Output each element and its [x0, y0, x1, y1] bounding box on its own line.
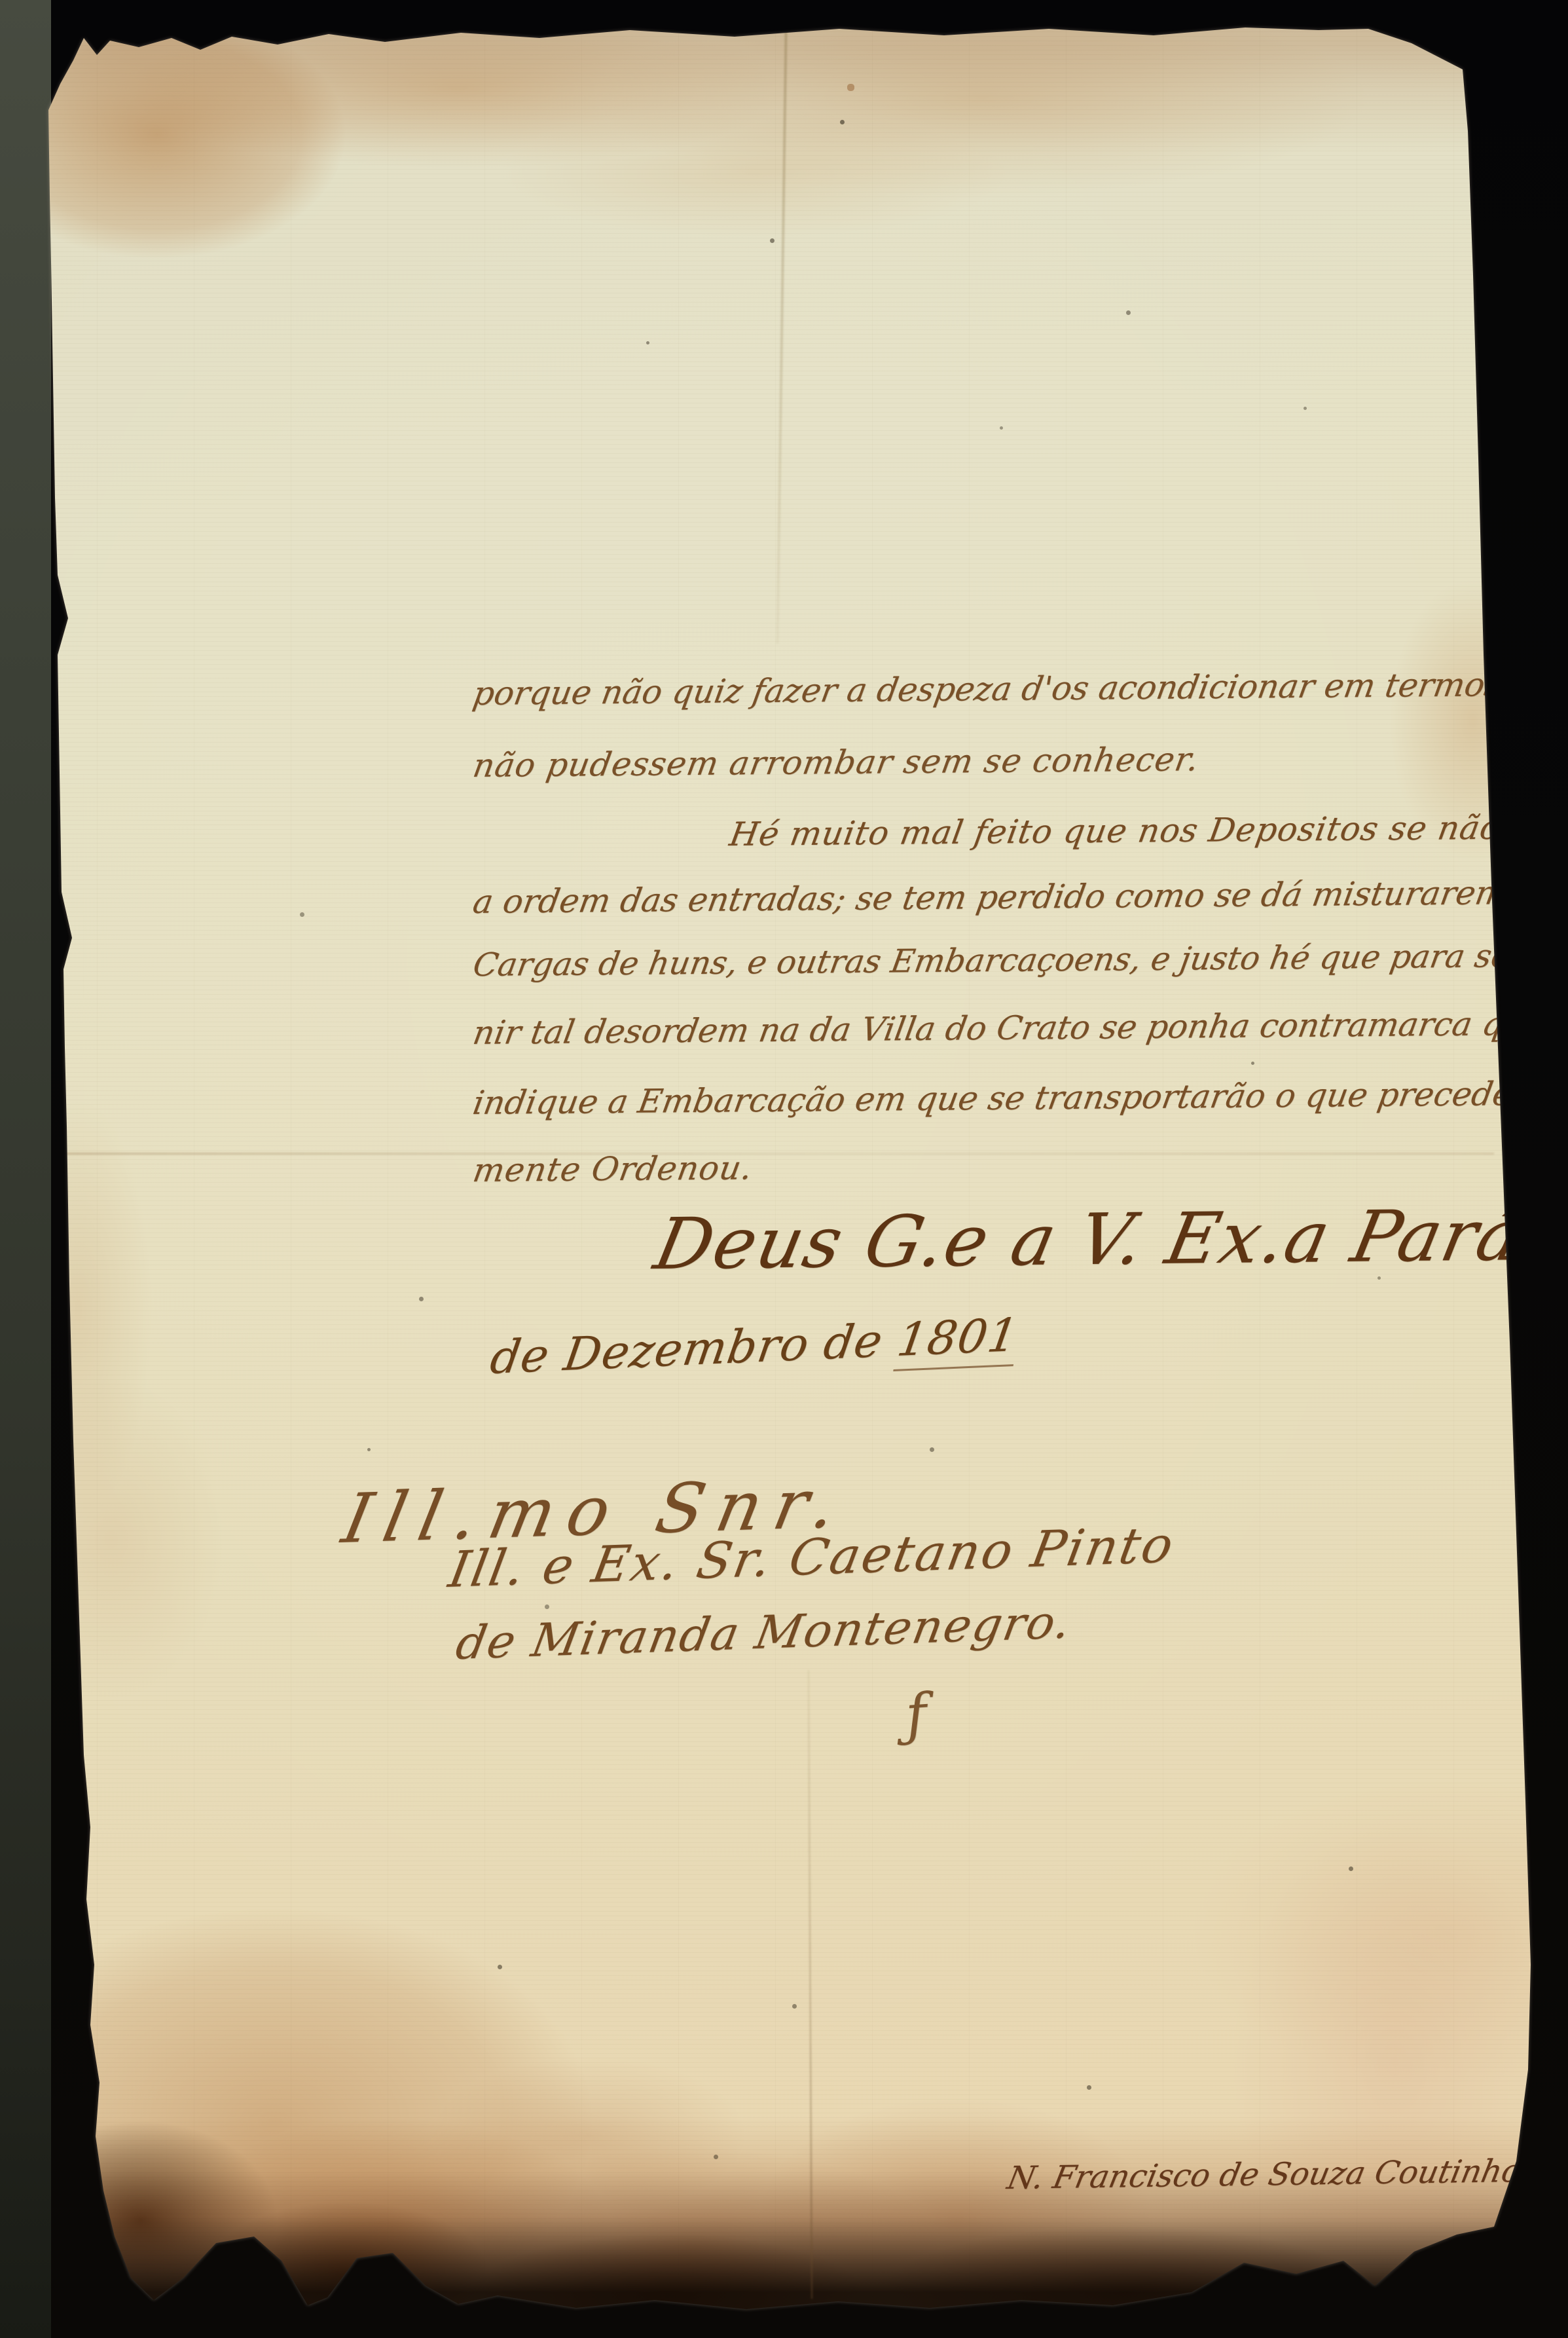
paper-shading-layer	[0, 0, 1568, 2338]
body-line-2: não pudessem arrombar sem se conhecer.	[470, 740, 1202, 785]
horizontal-fold-crease	[60, 1153, 1494, 1155]
body-line-4: a ordem das entradas; se tem perdido com…	[470, 873, 1568, 921]
paper-stains-layer	[0, 0, 1568, 2338]
signature-line: N. Francisco de Souza Coutinho	[1004, 2153, 1525, 2197]
manuscript-photograph: porque não quiz fazer a despeza d'os aco…	[0, 0, 1568, 2338]
date-line: de Dezembro de 1801	[487, 1308, 1022, 1384]
date-prefix: de Dezembro de	[487, 1313, 902, 1384]
manuscript-page: porque não quiz fazer a despeza d'os aco…	[0, 0, 1568, 2338]
addressee-line-3: de Miranda Montenegro.	[452, 1595, 1076, 1669]
body-line-6: nir tal desordem na da Villa do Crato se…	[470, 1005, 1547, 1052]
closing-salutation-line: Deus G.e a V. Ex.a Pará 2	[648, 1194, 1568, 1286]
vertical-fold-crease-top	[776, 31, 787, 644]
vertical-fold-crease-bottom	[807, 1670, 812, 2299]
body-line-1: porque não quiz fazer a despeza d'os aco…	[470, 665, 1568, 713]
paper-wrap: porque não quiz fazer a despeza d'os aco…	[0, 0, 1568, 2338]
body-line-3: Hé muito mal feito que nos Depositos se …	[727, 808, 1568, 853]
year-underlined: 1801	[893, 1308, 1022, 1371]
body-line-5: Cargas de huns, e outras Embarcaçoens, e…	[470, 937, 1568, 984]
paper-texture-layer	[0, 0, 1568, 2338]
dirt-specks	[0, 0, 2, 2]
paraph-flourish: ƒ	[903, 1682, 929, 1749]
signature-name: Francisco de Souza Coutinho	[1050, 2153, 1525, 2196]
body-line-7: indique a Embarcação em que se transport…	[470, 1074, 1568, 1122]
body-line-8: mente Ordenou.	[470, 1149, 756, 1189]
